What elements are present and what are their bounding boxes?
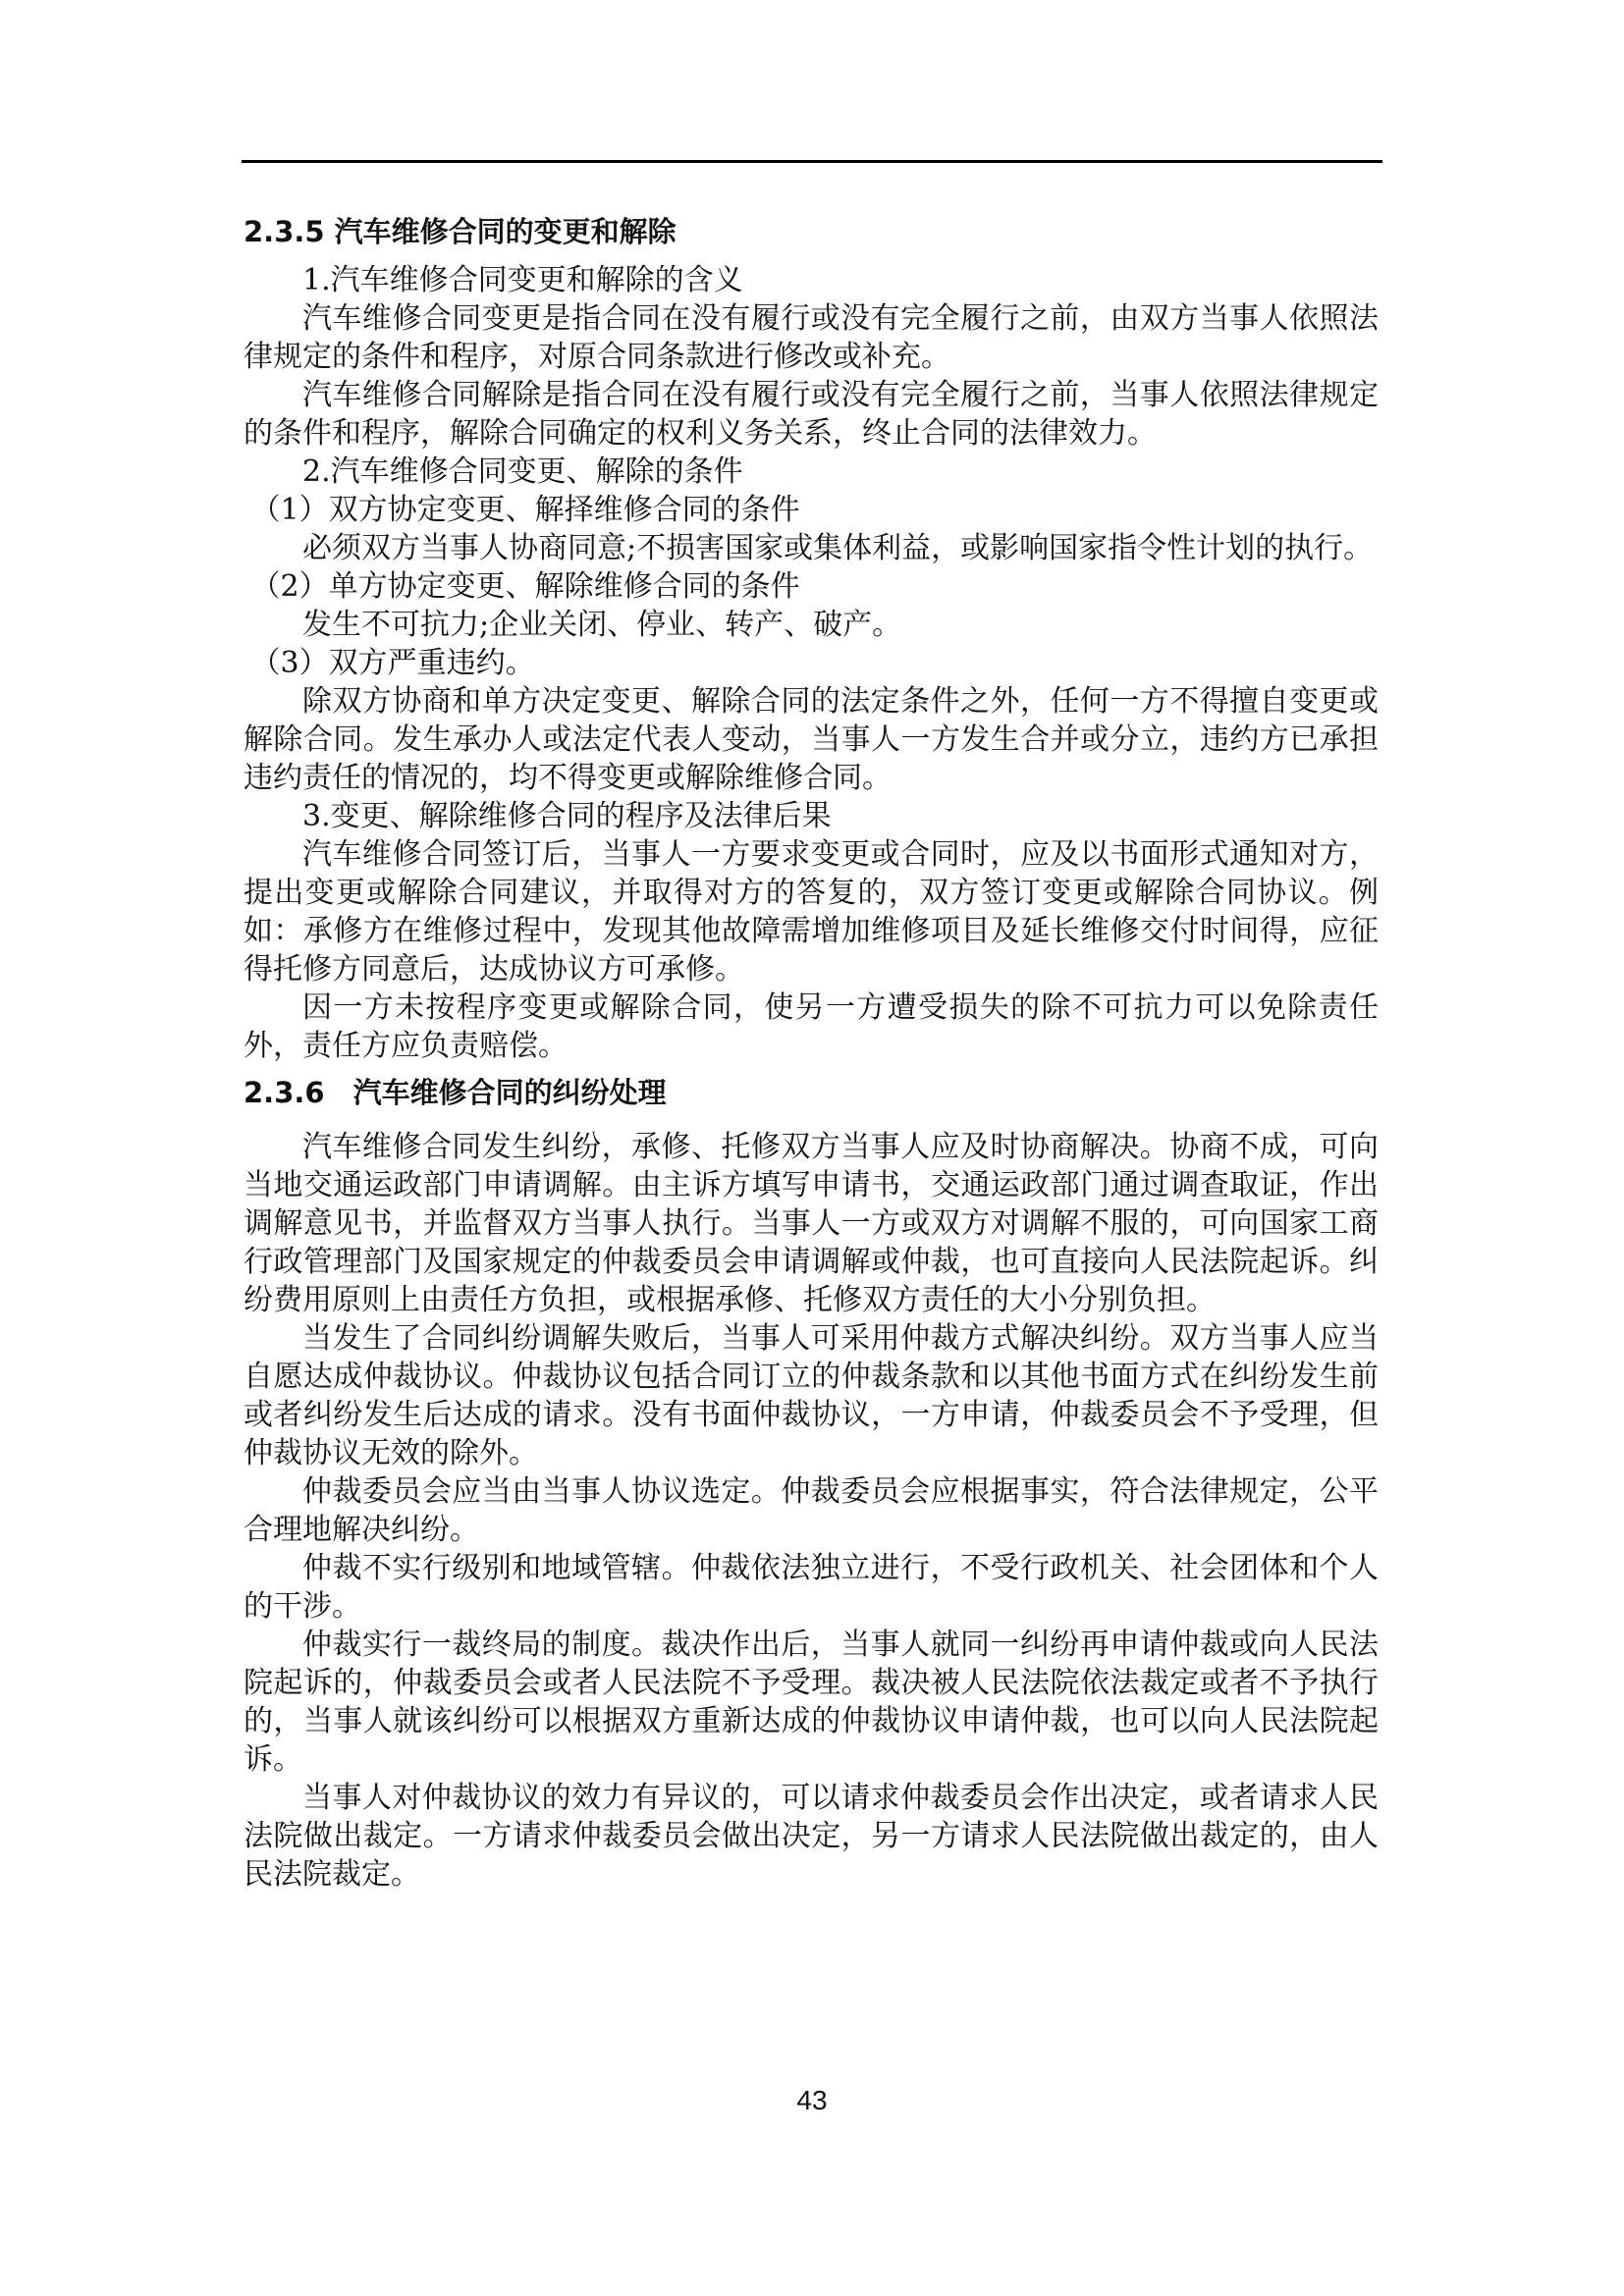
paragraph: 仲裁实行一裁终局的制度。裁决作出后，当事人就同一纠纷再申请仲裁或向人民法院起诉的…: [244, 1626, 1379, 1779]
section-2-3-5-body: 1.汽车维修合同变更和解除的含义 汽车维修合同变更是指合同在没有履行或没有完全履…: [244, 261, 1379, 1065]
subsection-title: 1.汽车维修合同变更和解除的含义: [244, 261, 1379, 299]
paragraph: 汽车维修合同变更是指合同在没有履行或没有完全履行之前，由双方当事人依照法律规定的…: [244, 299, 1379, 376]
paragraph: 必须双方当事人协商同意;不损害国家或集体利益，或影响国家指令性计划的执行。: [244, 529, 1379, 567]
header-rule: [242, 160, 1382, 163]
section-heading-2-3-6: 2.3.6 汽车维修合同的纠纷处理: [244, 1071, 1379, 1114]
section-2-3-6-body: 汽车维修合同发生纠纷，承修、托修双方当事人应及时协商解决。协商不成，可向当地交通…: [244, 1128, 1379, 1894]
list-item: （2）单方协定变更、解除维修合同的条件: [244, 567, 1379, 606]
paragraph: 汽车维修合同解除是指合同在没有履行或没有完全履行之前，当事人依照法律规定的条件和…: [244, 376, 1379, 453]
paragraph: 汽车维修合同发生纠纷，承修、托修双方当事人应及时协商解决。协商不成，可向当地交通…: [244, 1128, 1379, 1319]
paragraph: 除双方协商和单方决定变更、解除合同的法定条件之外，任何一方不得擅自变更或解除合同…: [244, 682, 1379, 797]
paragraph: 发生不可抗力;企业关闭、停业、转产、破产。: [244, 606, 1379, 644]
page-content: 2.3.5 汽车维修合同的变更和解除 1.汽车维修合同变更和解除的含义 汽车维修…: [244, 210, 1379, 1894]
paragraph: 汽车维修合同签订后，当事人一方要求变更或合同时，应及以书面形式通知对方，提出变更…: [244, 835, 1379, 988]
paragraph: 仲裁不实行级别和地域管辖。仲裁依法独立进行，不受行政机关、社会团体和个人的干涉。: [244, 1549, 1379, 1626]
page-number: 43: [0, 2085, 1624, 2116]
subsection-title: 3.变更、解除维修合同的程序及法律后果: [244, 797, 1379, 835]
list-item: （1）双方协定变更、解择维修合同的条件: [244, 491, 1379, 529]
paragraph: 因一方未按程序变更或解除合同，使另一方遭受损失的除不可抗力可以免除责任外，责任方…: [244, 988, 1379, 1065]
subsection-title: 2.汽车维修合同变更、解除的条件: [244, 453, 1379, 491]
paragraph: 当发生了合同纠纷调解失败后，当事人可采用仲裁方式解决纠纷。双方当事人应当自愿达成…: [244, 1319, 1379, 1472]
section-heading-2-3-5: 2.3.5 汽车维修合同的变更和解除: [244, 210, 1379, 253]
paragraph: 当事人对仲裁协议的效力有异议的，可以请求仲裁委员会作出决定，或者请求人民法院做出…: [244, 1779, 1379, 1894]
list-item: （3）双方严重违约。: [244, 644, 1379, 682]
paragraph: 仲裁委员会应当由当事人协议选定。仲裁委员会应根据事实，符合法律规定，公平合理地解…: [244, 1472, 1379, 1549]
